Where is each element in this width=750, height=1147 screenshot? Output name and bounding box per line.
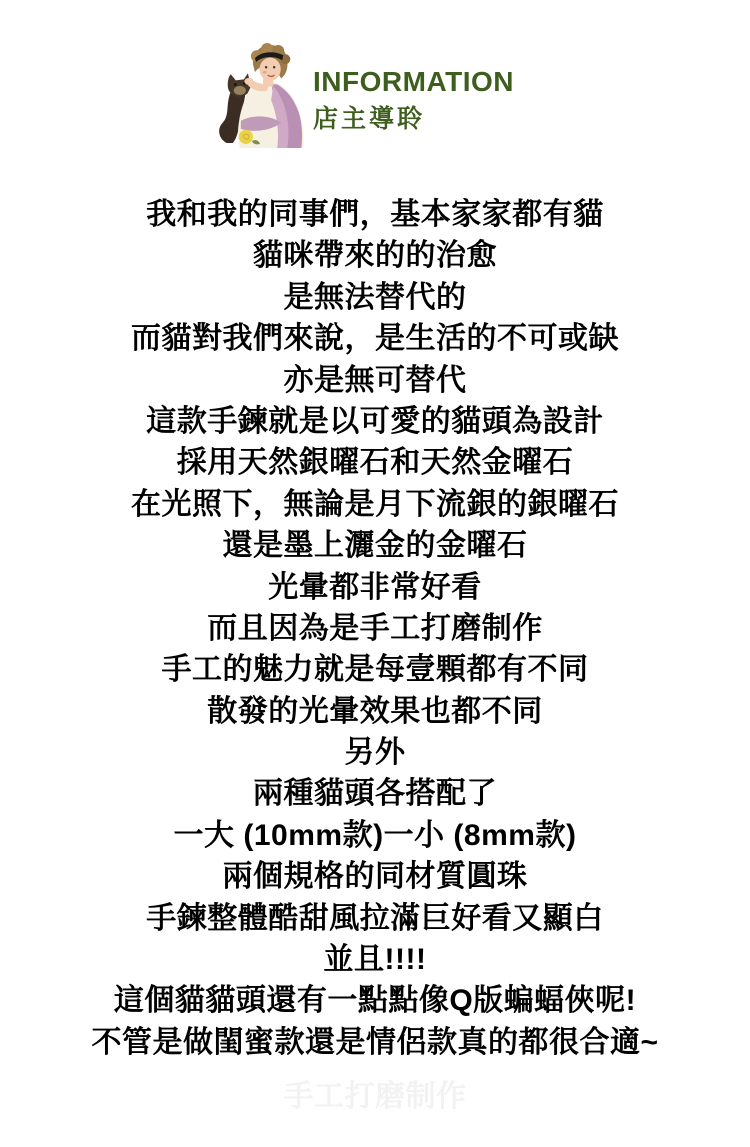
header-text: INFORMATION 店主導聆 <box>313 57 514 133</box>
text-line: 兩個規格的同材質圓珠 <box>0 856 750 897</box>
text-line: 我和我的同事們，基本家家都有貓 <box>0 194 750 235</box>
header-title: INFORMATION <box>313 67 514 98</box>
text-line: 而貓對我們來說，是生活的不可或缺 <box>0 318 750 359</box>
text-line: 貓咪帶來的的治愈 <box>0 235 750 276</box>
text-line: 在光照下，無論是月下流銀的銀曜石 <box>0 484 750 525</box>
text-line: 採用天然銀曜石和天然金曜石 <box>0 442 750 483</box>
header-subtitle: 店主導聆 <box>313 106 514 134</box>
text-line: 一大 (10mm款)一小 (8mm款) <box>0 815 750 856</box>
faint-footer-text: 手工打磨制作 <box>0 1076 750 1117</box>
text-line: 而且因為是手工打磨制作 <box>0 608 750 649</box>
info-header: INFORMATION 店主導聆 <box>0 42 735 148</box>
text-line: 兩種貓頭各搭配了 <box>0 773 750 814</box>
text-line: 這個貓貓頭還有一點點像Q版蝙蝠俠呢! <box>0 980 750 1021</box>
text-line: 亦是無可替代 <box>0 360 750 401</box>
text-line: 不管是做閨蜜款還是情侶款真的都很合適~ <box>0 1022 750 1063</box>
text-line: 光暈都非常好看 <box>0 567 750 608</box>
product-description-text: 我和我的同事們，基本家家都有貓貓咪帶來的的治愈是無法替代的而貓對我們來說，是生活… <box>0 194 750 1063</box>
vintage-lady-with-cat-icon <box>206 42 308 148</box>
text-line: 手鍊整體酷甜風拉滿巨好看又顯白 <box>0 898 750 939</box>
text-line: 是無法替代的 <box>0 277 750 318</box>
text-line: 這款手鍊就是以可愛的貓頭為設計 <box>0 401 750 442</box>
text-line: 手工的魅力就是每壹顆都有不同 <box>0 649 750 690</box>
text-line: 散發的光暈效果也都不同 <box>0 691 750 732</box>
text-line: 並且!!!! <box>0 939 750 980</box>
text-line: 還是墨上灑金的金曜石 <box>0 525 750 566</box>
text-line: 另外 <box>0 732 750 773</box>
product-description-page: INFORMATION 店主導聆 我和我的同事們，基本家家都有貓貓咪帶來的的治愈… <box>0 0 750 1147</box>
